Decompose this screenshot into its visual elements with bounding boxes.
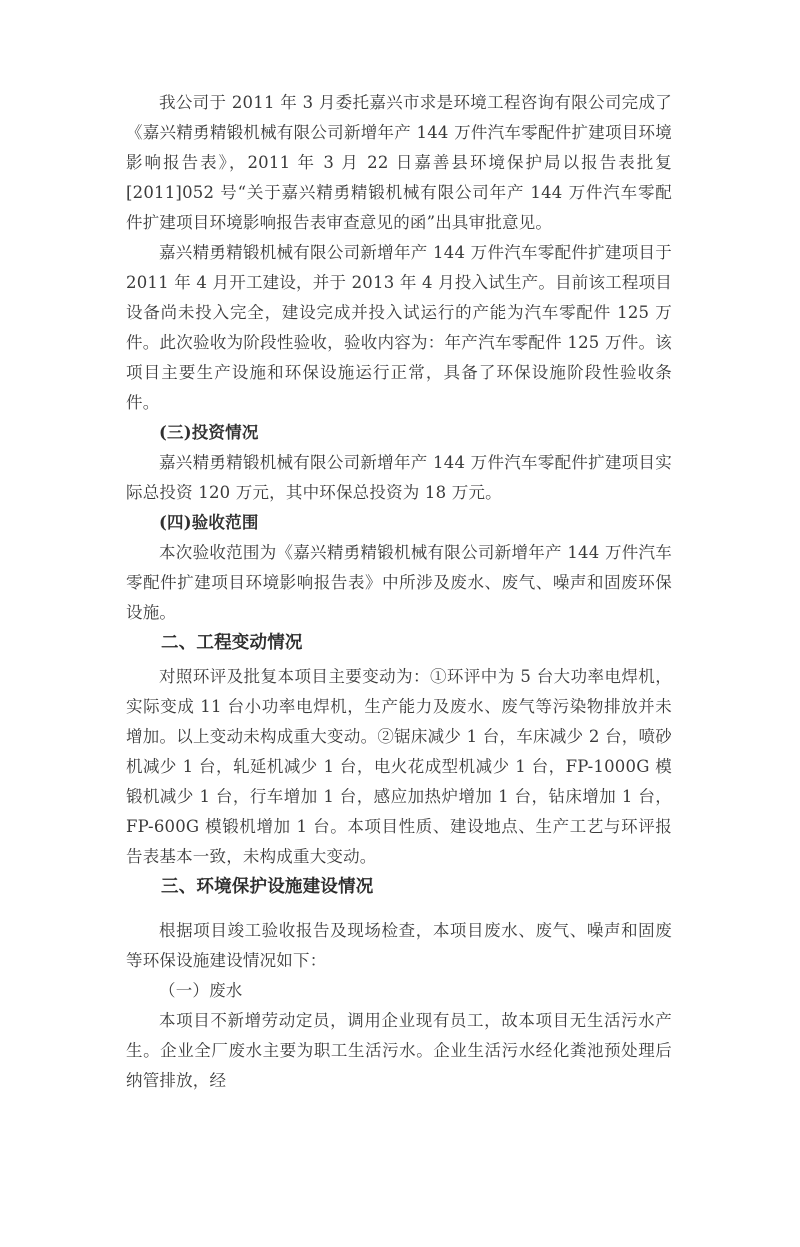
heading-wastewater: （一）废水 [126,976,672,1006]
heading-project-changes: 二、工程变动情况 [126,628,672,658]
paragraph-project-changes: 对照环评及批复本项目主要变动为：①环评中为 5 台大功率电焊机，实际变成 11 … [126,662,672,872]
heading-investment: (三)投资情况 [126,418,672,448]
heading-acceptance-scope: (四)验收范围 [126,508,672,538]
paragraph-wastewater: 本项目不新增劳动定员，调用企业现有员工，故本项目无生活污水产生。企业全厂废水主要… [126,1006,672,1096]
paragraph-eia-commission: 我公司于 2011 年 3 月委托嘉兴市求是环境工程咨询有限公司完成了《嘉兴精勇… [126,88,672,238]
paragraph-acceptance-scope: 本次验收范围为《嘉兴精勇精锻机械有限公司新增年产 144 万件汽车零配件扩建项目… [126,538,672,628]
paragraph-env-facilities-intro: 根据项目竣工验收报告及现场检查，本项目废水、废气、噪声和固废等环保设施建设情况如… [126,916,672,976]
paragraph-investment: 嘉兴精勇精锻机械有限公司新增年产 144 万件汽车零配件扩建项目实际总投资 12… [126,448,672,508]
heading-env-facilities: 三、环境保护设施建设情况 [126,872,672,902]
paragraph-construction-status: 嘉兴精勇精锻机械有限公司新增年产 144 万件汽车零配件扩建项目于 2011 年… [126,238,672,418]
document-page: 我公司于 2011 年 3 月委托嘉兴市求是环境工程咨询有限公司完成了《嘉兴精勇… [0,0,800,1247]
scanned-page-canvas: 我公司于 2011 年 3 月委托嘉兴市求是环境工程咨询有限公司完成了《嘉兴精勇… [0,0,800,1247]
